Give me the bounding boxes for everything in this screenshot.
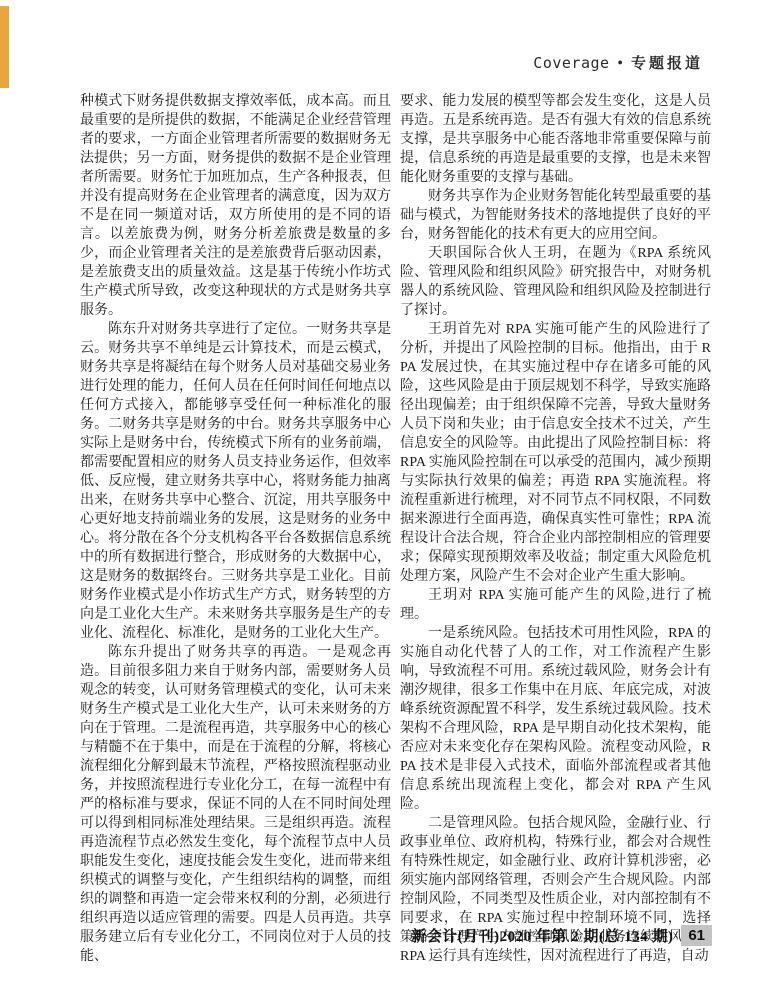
paragraph: 王玥对 RPA 实施可能产生的风险,进行了梳理。 — [400, 586, 711, 624]
magazine-page: { "accent": { "color": "#E9A63E" }, "hea… — [0, 0, 783, 996]
paragraph: 陈东升提出了财务共享的再造。一是观念再造。目前很多阻力来自于财务内部，需要财务人… — [80, 643, 391, 966]
text-column-right: 要求、能力发展的模型等都会发生变化，这是人员再造。五是系统再造。是否有强大有效的… — [400, 92, 711, 966]
paragraph: 天职国际合伙人王玥，在题为《RPA 系统风险、管理风险和组织风险》研究报告中，对… — [400, 244, 711, 320]
paragraph: 王玥首先对 RPA 实施可能产生的风险进行了分析，并提出了风险控制的目标。他指出… — [400, 320, 711, 586]
paragraph: 一是系统风险。包括技术可用性风险，RPA 的实施自动化代替了人的工作，对工作流程… — [400, 624, 711, 814]
paragraph: 陈东升对财务共享进行了定位。一财务共享是云。财务共享不单纯是云计算技术，而是云模… — [80, 320, 391, 643]
paragraph: 财务共享作为企业财务智能化转型最重要的基础与模式，为智能财务技术的落地提供了良好… — [400, 187, 711, 244]
paragraph: 种模式下财务提供数据支撑效率低，成本高。而且最重要的是所提供的数据，不能满足企业… — [80, 92, 391, 320]
page-edge-accent-bar — [0, 6, 9, 88]
text-column-left: 种模式下财务提供数据支撑效率低，成本高。而且最重要的是所提供的数据，不能满足企业… — [80, 92, 391, 966]
page-footer: 新会计(月刊)2020 年第 2 期(总 134 期) 61 — [411, 925, 712, 946]
journal-issue-line: 新会计(月刊)2020 年第 2 期(总 134 期) — [411, 925, 673, 946]
paragraph: 要求、能力发展的模型等都会发生变化，这是人员再造。五是系统再造。是否有强大有效的… — [400, 92, 711, 187]
section-header: Coverage ● 专题报道 — [533, 52, 703, 73]
bullet-icon: ● — [618, 58, 623, 67]
section-header-chinese: 专题报道 — [631, 52, 703, 73]
page-number-badge: 61 — [681, 925, 712, 946]
section-header-english: Coverage — [533, 54, 609, 72]
